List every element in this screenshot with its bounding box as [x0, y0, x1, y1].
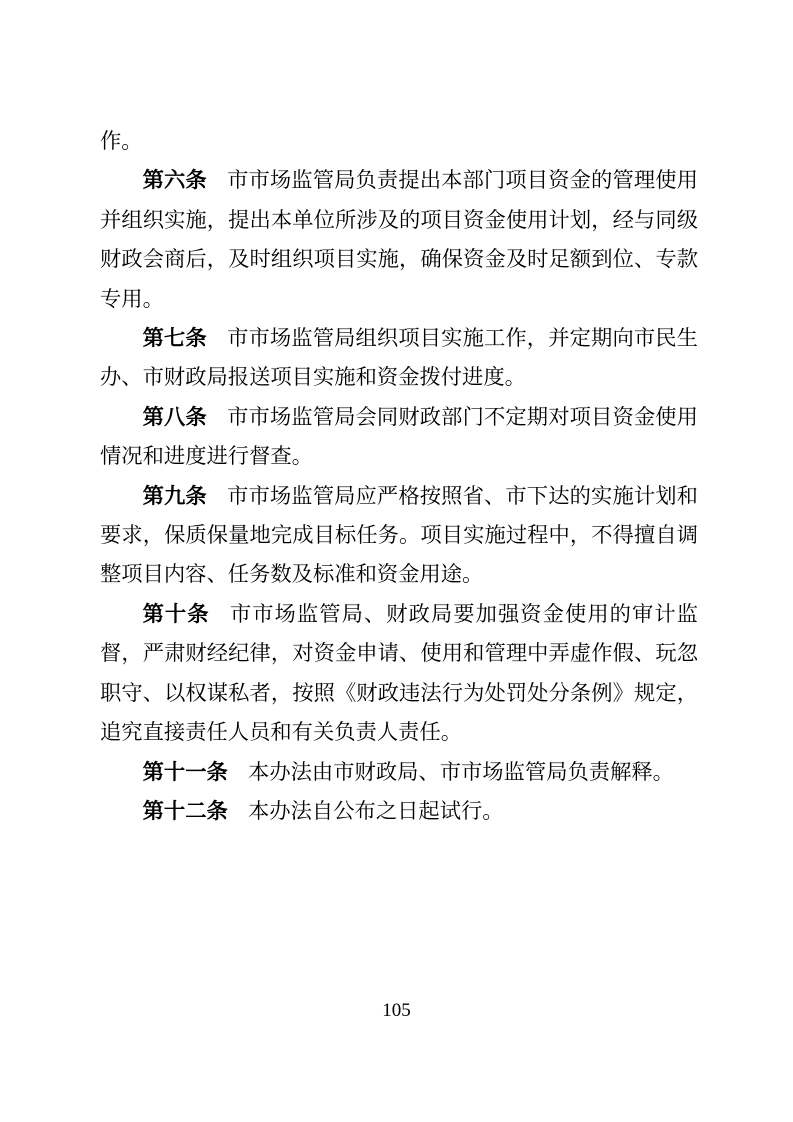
paragraph-article-6: 第六条市市场监管局负责提出本部门项目资金的管理使用并组织实施，提出本单位所涉及的… — [100, 161, 698, 319]
paragraph-continuation: 作。 — [100, 122, 698, 161]
document-page: 作。 第六条市市场监管局负责提出本部门项目资金的管理使用并组织实施，提出本单位所… — [0, 0, 793, 1122]
paragraph-article-9: 第九条市市场监管局应严格按照省、市下达的实施计划和要求，保质保量地完成目标任务。… — [100, 477, 698, 595]
paragraph-article-11: 第十一条本办法由市财政局、市市场监管局负责解释。 — [100, 753, 698, 792]
paragraph-article-8: 第八条市市场监管局会同财政部门不定期对项目资金使用情况和进度进行督查。 — [100, 398, 698, 477]
article-8-number: 第八条 — [143, 405, 207, 430]
document-body: 作。 第六条市市场监管局负责提出本部门项目资金的管理使用并组织实施，提出本单位所… — [100, 122, 698, 831]
paragraph-article-12: 第十二条本办法自公布之日起试行。 — [100, 792, 698, 831]
page-number: 105 — [0, 1000, 793, 1022]
article-11-text: 本办法由市财政局、市市场监管局负责解释。 — [248, 760, 674, 785]
continuation-text: 作。 — [100, 129, 143, 154]
article-9-number: 第九条 — [143, 484, 207, 509]
paragraph-article-7: 第七条市市场监管局组织项目实施工作，并定期向市民生办、市财政局报送项目实施和资金… — [100, 319, 698, 398]
article-7-number: 第七条 — [143, 326, 207, 351]
article-10-number: 第十条 — [143, 602, 210, 627]
article-11-number: 第十一条 — [143, 760, 228, 785]
paragraph-article-10: 第十条市市场监管局、财政局要加强资金使用的审计监督，严肃财经纪律，对资金申请、使… — [100, 595, 698, 753]
article-6-number: 第六条 — [143, 168, 207, 193]
article-12-text: 本办法自公布之日起试行。 — [248, 799, 504, 824]
article-12-number: 第十二条 — [143, 799, 228, 824]
